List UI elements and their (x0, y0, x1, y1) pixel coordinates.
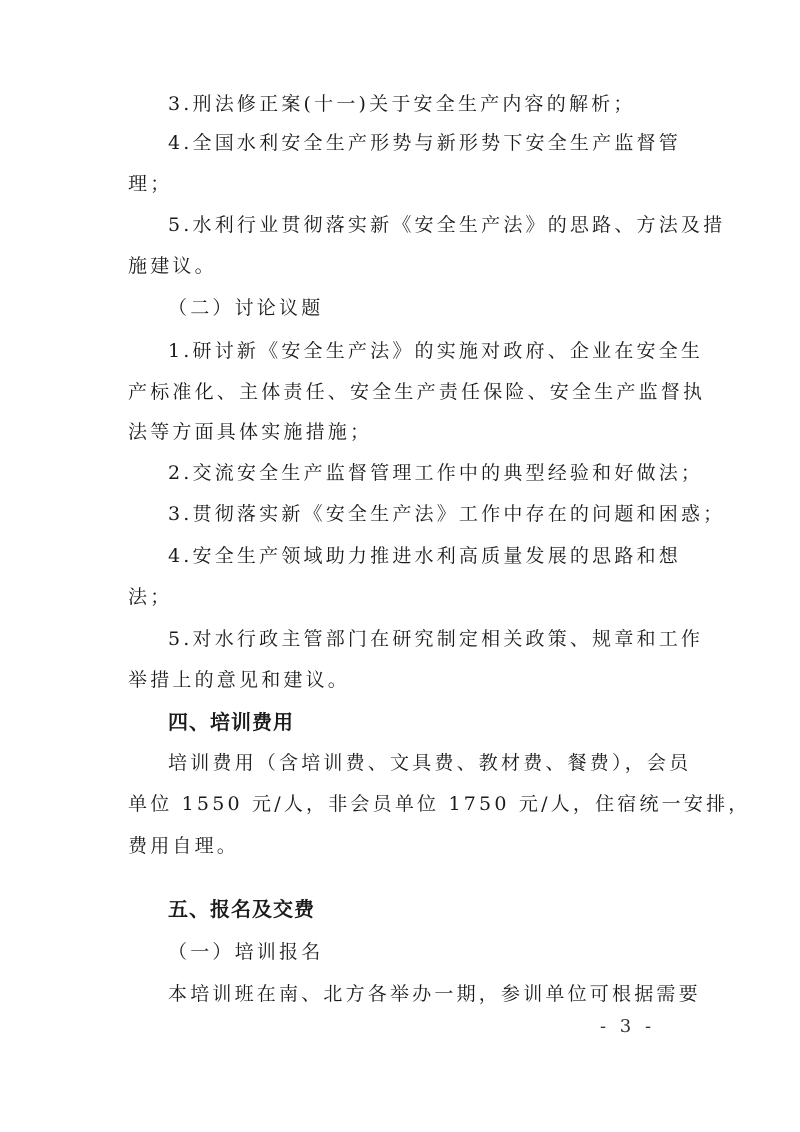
text-line: 法； (128, 585, 676, 609)
section-heading-registration: 五、报名及交费 (168, 897, 676, 921)
sub-heading-registration: （一）培训报名 (168, 940, 676, 964)
text-line: 5.对水行政主管部门在研究制定相关政策、规章和工作 (168, 627, 676, 651)
text-line: 培训费用（含培训费、文具费、教材费、餐费），会员 (168, 751, 676, 775)
text-line: 单位 1550 元/人，非会员单位 1750 元/人，住宿统一安排， (128, 792, 676, 816)
text-line: 1.研讨新《安全生产法》的实施对政府、企业在安全生 (168, 339, 676, 363)
text-line: 费用自理。 (128, 834, 676, 858)
text-line: 4.安全生产领域助力推进水利高质量发展的思路和想 (168, 544, 676, 568)
text-line: 举措上的意见和建议。 (128, 668, 676, 692)
text-line: 3.刑法修正案(十一)关于安全生产内容的解析； (168, 92, 676, 116)
text-line: 5.水利行业贯彻落实新《安全生产法》的思路、方法及措 (168, 213, 676, 237)
text-line: 法等方面具体实施措施； (128, 420, 676, 444)
text-line: （二）讨论议题 (168, 296, 676, 320)
text-line: 理； (128, 172, 676, 196)
text-line: 4.全国水利安全生产形势与新形势下安全生产监督管 (168, 131, 676, 155)
document-page: 3.刑法修正案(十一)关于安全生产内容的解析；4.全国水利安全生产形势与新形势下… (0, 0, 800, 1132)
page-number: - 3 - (600, 1016, 655, 1037)
section-heading-training-fees: 四、培训费用 (168, 710, 676, 734)
text-line: 本培训班在南、北方各举办一期，参训单位可根据需要 (168, 982, 676, 1006)
text-line: 2.交流安全生产监督管理工作中的典型经验和好做法； (168, 461, 676, 485)
text-line: 产标准化、主体责任、安全生产责任保险、安全生产监督执 (128, 380, 676, 404)
text-line: 3.贯彻落实新《安全生产法》工作中存在的问题和困惑； (168, 502, 676, 526)
text-line: 施建议。 (128, 254, 676, 278)
